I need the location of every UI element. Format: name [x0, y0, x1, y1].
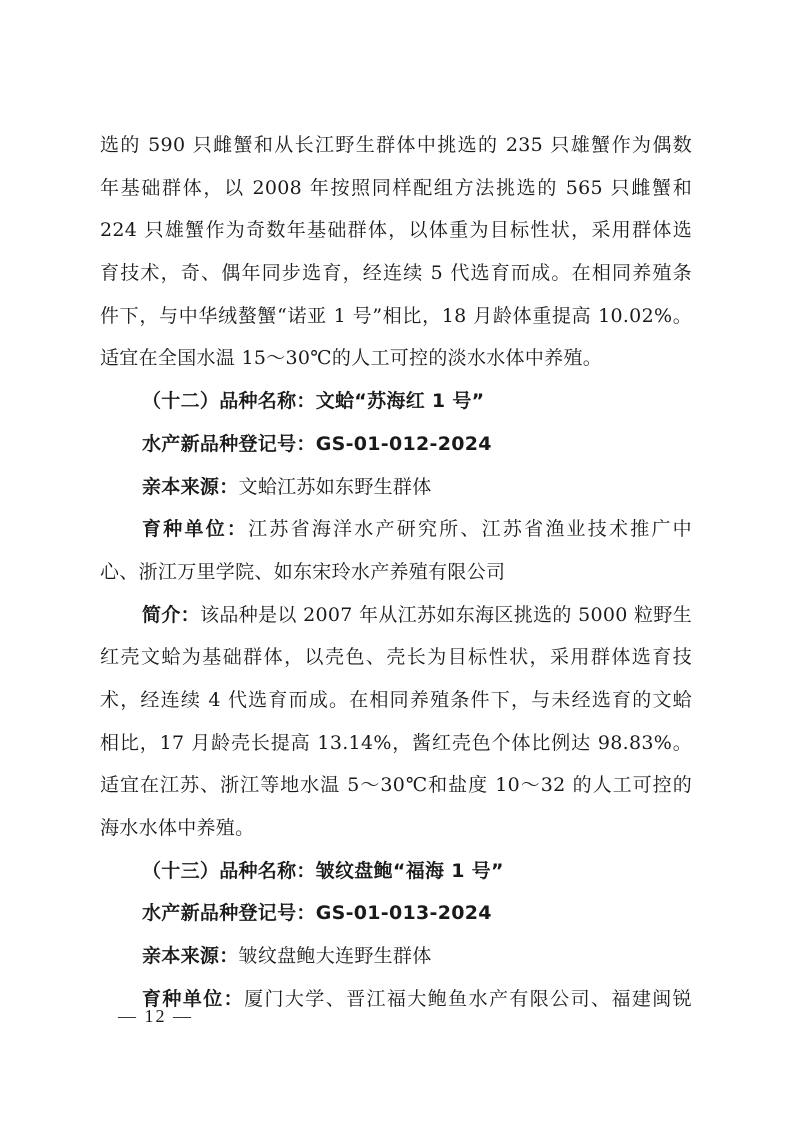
paragraph-line: 224 只雄蟹作为奇数年基础群体，以体重为目标性状，采用群体选	[100, 215, 692, 258]
section-13-heading: （十三）品种名称：皱纹盘鲍“福海 1 号”	[100, 856, 692, 899]
parent-source-value: 皱纹盘鲍大连野生群体	[239, 945, 432, 967]
registration-value: GS-01-012-2024	[316, 433, 492, 455]
intro-text: 该品种是以 2007 年从江苏如东海区挑选的 5000 粒野生	[200, 604, 692, 626]
paragraph-line: 适宜在全国水温 15～30℃的人工可控的淡水水体中养殖。	[100, 343, 692, 386]
parent-source-label: 亲本来源：	[142, 476, 239, 498]
intro-label: 简介：	[142, 604, 200, 626]
paragraph-line: 育技术，奇、偶年同步选育，经连续 5 代选育而成。在相同养殖条	[100, 258, 692, 301]
paragraph-line: 件下，与中华绒螯蟹“诺亚 1 号”相比，18 月龄体重提高 10.02%。	[100, 301, 692, 344]
registration-label: 水产新品种登记号：	[142, 433, 316, 455]
section-12-heading: （十二）品种名称：文蛤“苏海红 1 号”	[100, 386, 692, 429]
registration-label: 水产新品种登记号：	[142, 902, 316, 924]
parent-source-label: 亲本来源：	[142, 945, 239, 967]
paragraph-line: 适宜在江苏、浙江等地水温 5～30℃和盐度 10～32 的人工可控的	[100, 770, 692, 813]
parent-source-value: 文蛤江苏如东野生群体	[239, 476, 432, 498]
section-12-breeder-cont: 心、浙江万里学院、如东宋玲水产养殖有限公司	[100, 557, 692, 600]
section-12-parent-source: 亲本来源：文蛤江苏如东野生群体	[100, 472, 692, 515]
document-page: 选的 590 只雌蟹和从长江野生群体中挑选的 235 只雄蟹作为偶数 年基础群体…	[100, 130, 692, 1026]
breeder-label: 育种单位：	[142, 518, 248, 540]
section-12-breeder: 育种单位：江苏省海洋水产研究所、江苏省渔业技术推广中	[100, 514, 692, 557]
section-13-registration: 水产新品种登记号：GS-01-013-2024	[100, 898, 692, 941]
section-12-intro: 简介：该品种是以 2007 年从江苏如东海区挑选的 5000 粒野生	[100, 600, 692, 643]
breeder-value: 江苏省海洋水产研究所、江苏省渔业技术推广中	[248, 518, 692, 540]
paragraph-line: 选的 590 只雌蟹和从长江野生群体中挑选的 235 只雄蟹作为偶数	[100, 130, 692, 173]
paragraph-line: 术，经连续 4 代选育而成。在相同养殖条件下，与未经选育的文蛤	[100, 685, 692, 728]
paragraph-line: 海水水体中养殖。	[100, 813, 692, 856]
paragraph-line: 年基础群体，以 2008 年按照同样配组方法挑选的 565 只雌蟹和	[100, 173, 692, 216]
page-number: — 12 —	[118, 1006, 193, 1027]
breeder-value: 厦门大学、晋江福大鲍鱼水产有限公司、福建闽锐	[244, 988, 692, 1010]
section-12-registration: 水产新品种登记号：GS-01-012-2024	[100, 429, 692, 472]
paragraph-line: 相比，17 月龄壳长提高 13.14%，酱红壳色个体比例达 98.83%。	[100, 728, 692, 771]
paragraph-line: 红壳文蛤为基础群体，以壳色、壳长为目标性状，采用群体选育技	[100, 642, 692, 685]
section-13-parent-source: 亲本来源：皱纹盘鲍大连野生群体	[100, 941, 692, 984]
registration-value: GS-01-013-2024	[316, 902, 492, 924]
